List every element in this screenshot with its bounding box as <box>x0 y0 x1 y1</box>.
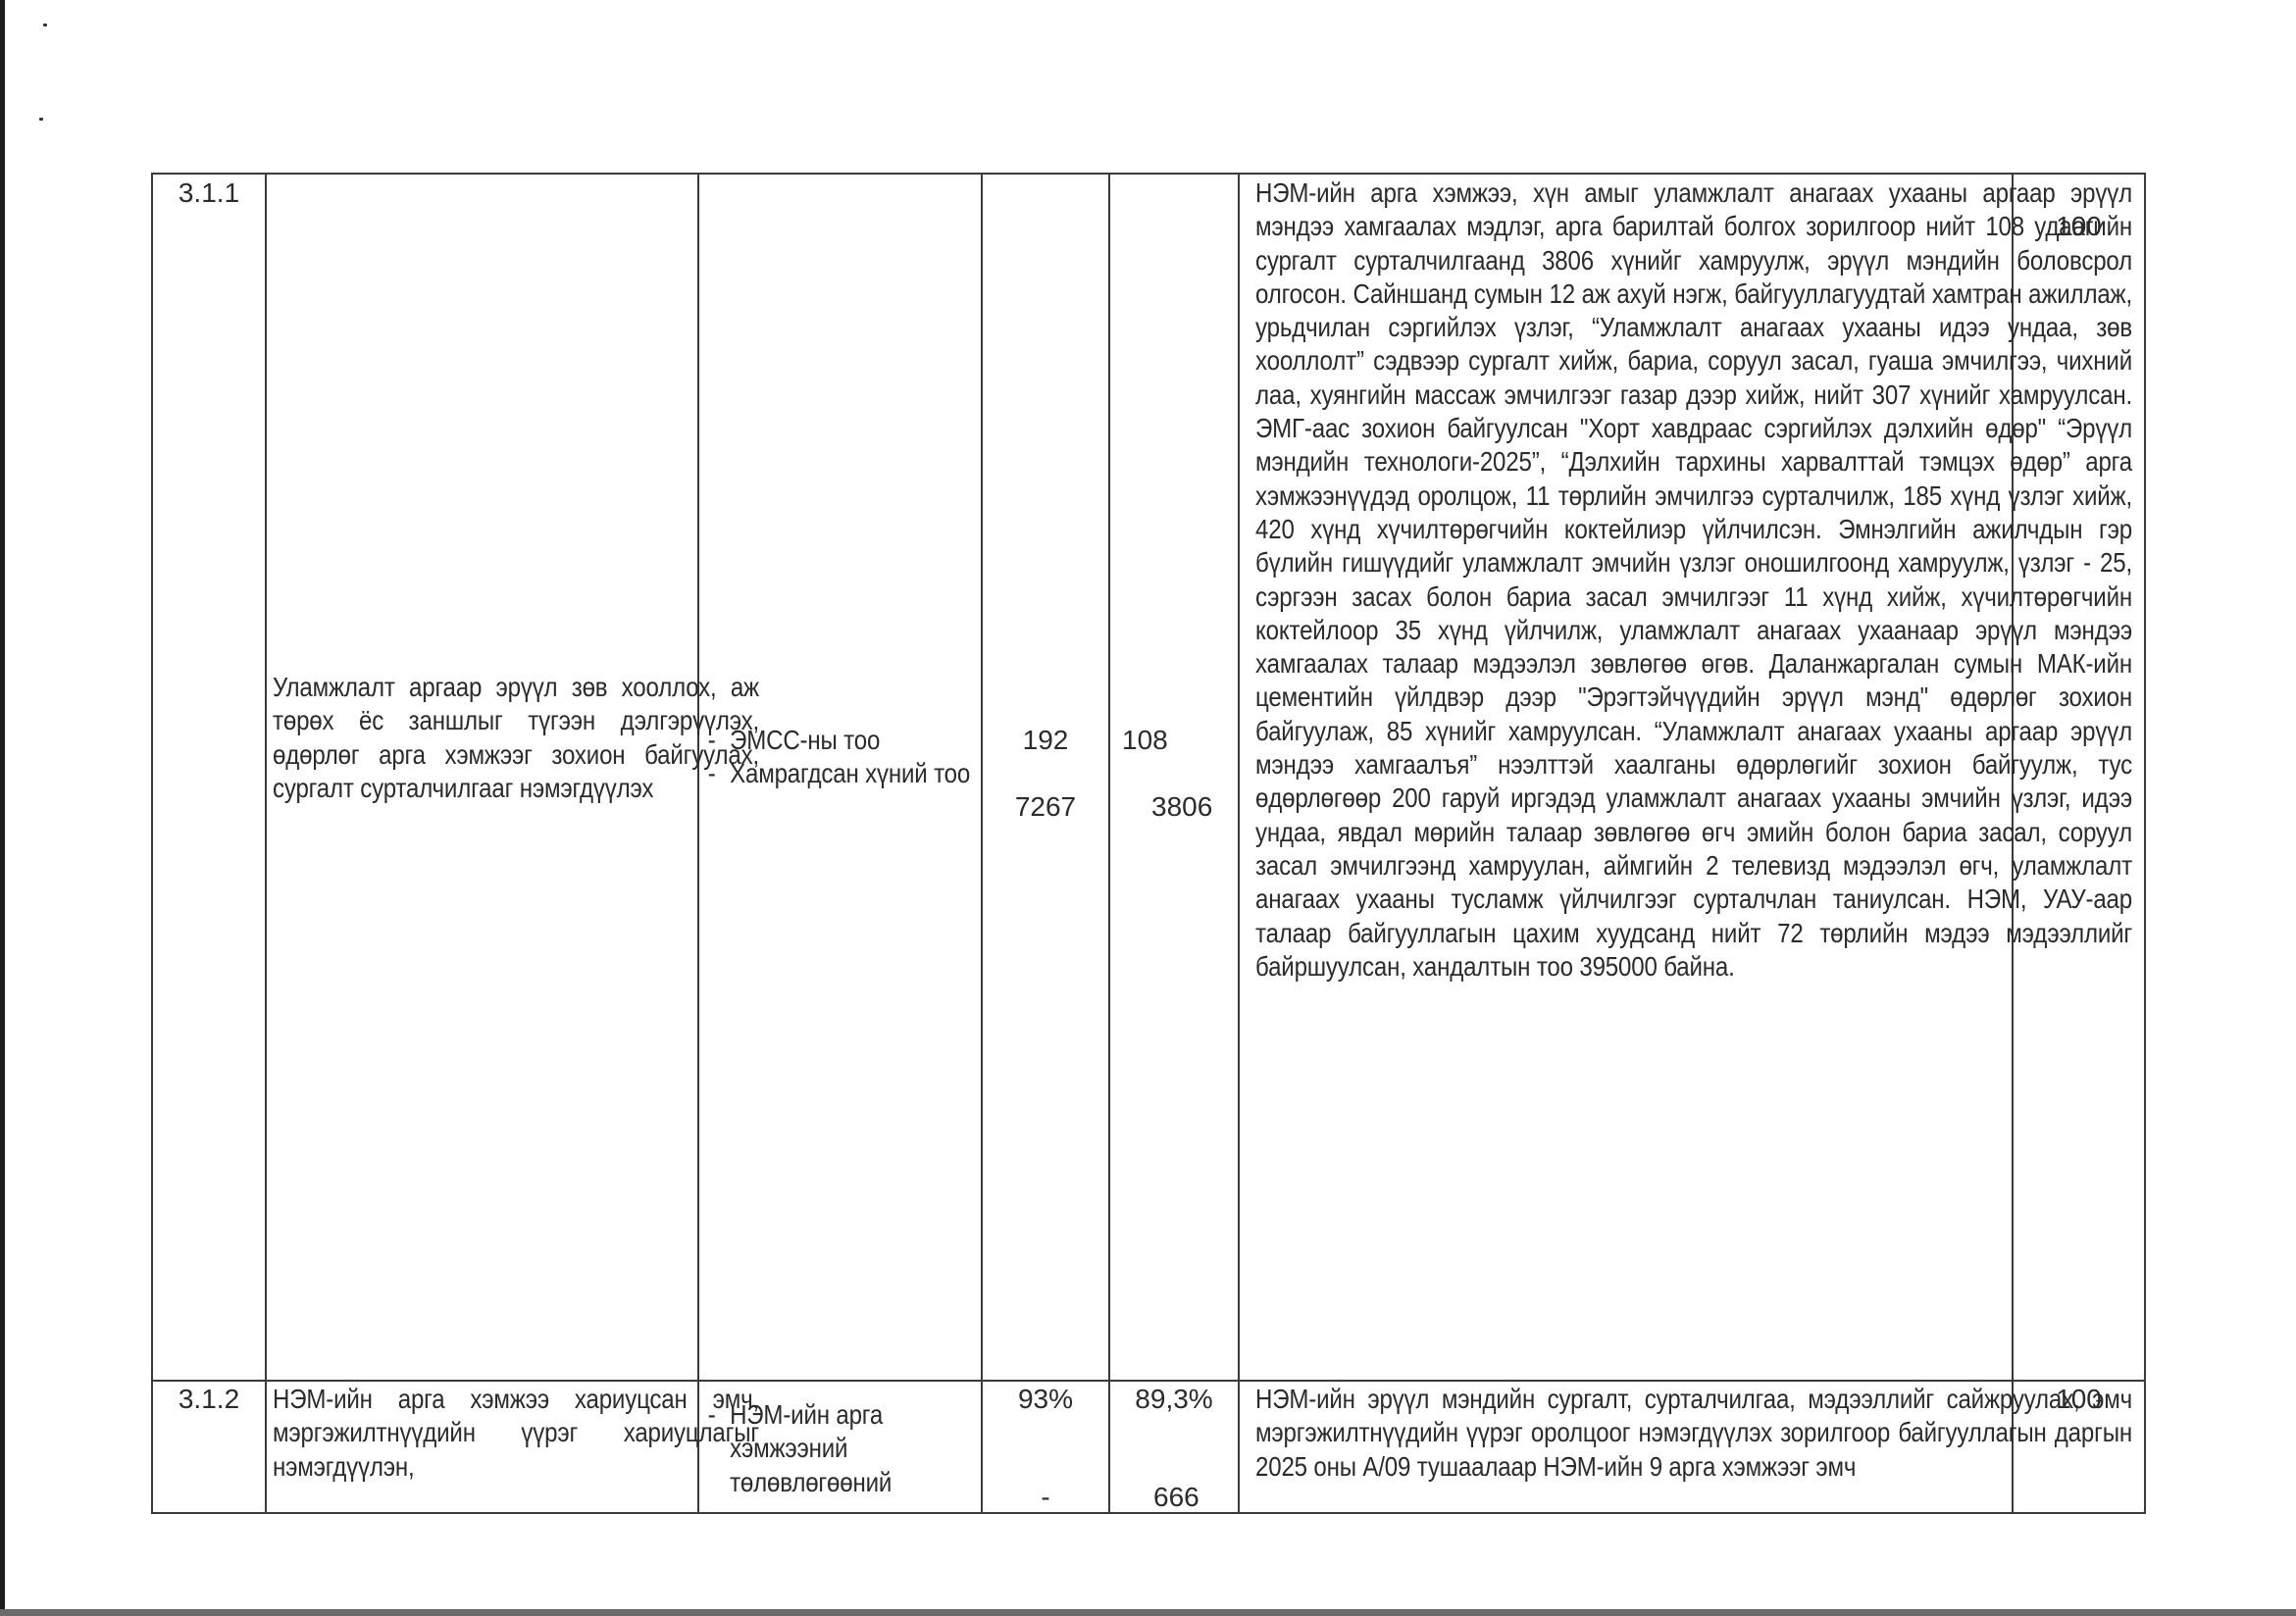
row-divider <box>151 1380 2146 1382</box>
column-divider <box>981 173 983 1514</box>
row-score: 100 <box>2014 210 2144 243</box>
baseline-value: - <box>983 1481 1108 1514</box>
table-border-left <box>151 173 153 1514</box>
indicator-list: ЭМСС-ны тоо Хамрагдсан хүний тоо <box>706 724 1020 791</box>
column-divider <box>1238 173 1240 1514</box>
column-divider <box>697 173 699 1514</box>
actual-value: 89,3% <box>1110 1383 1238 1416</box>
column-divider <box>265 173 267 1514</box>
report-table: 3.1.1 Уламжлалт аргаар эрүүл зөв хооллох… <box>151 173 2146 1514</box>
indicator-item: Хамрагдсан хүний тоо <box>706 757 1020 790</box>
row-report: НЭМ-ийн арга хэмжээ, хүн амыг уламжлалт … <box>1255 177 2132 984</box>
indicator-item: ЭМСС-ны тоо <box>706 724 1020 757</box>
scan-edge-left <box>0 0 5 1616</box>
actual-value: 666 <box>1153 1481 1238 1514</box>
column-divider <box>1108 173 1110 1514</box>
baseline-value: 93% <box>983 1383 1108 1416</box>
scan-edge-bottom <box>0 1609 2296 1616</box>
row-goal: НЭМ-ийн арга хэмжээ хариуцсан эмч, мэргэ… <box>273 1383 759 1484</box>
row-indicators-cell: НЭМ-ийн арга хэмжээний төлөвлөгөөний <box>706 1398 1020 1499</box>
row-goal: Уламжлалт аргаар эрүүл зөв хооллох, аж т… <box>273 671 759 805</box>
indicator-item: НЭМ-ийн арга хэмжээний төлөвлөгөөний <box>706 1398 898 1499</box>
indicator-list: НЭМ-ийн арга хэмжээний төлөвлөгөөний <box>706 1398 1020 1499</box>
row-report-cell: НЭМ-ийн арга хэмжээ, хүн амыг уламжлалт … <box>1255 177 2132 984</box>
table-border-top <box>151 173 2146 175</box>
row-goal-cell: Уламжлалт аргаар эрүүл зөв хооллох, аж т… <box>273 671 759 805</box>
scan-speck <box>43 24 47 26</box>
row-id: 3.1.2 <box>153 1383 265 1416</box>
row-id: 3.1.1 <box>153 177 265 210</box>
row-score: 100 <box>2014 1383 2144 1416</box>
baseline-value: 192 <box>983 724 1108 757</box>
baseline-value: 7267 <box>983 790 1108 824</box>
actual-value: 108 <box>1122 724 1230 757</box>
scan-speck <box>39 118 43 121</box>
row-goal-cell: НЭМ-ийн арга хэмжээ хариуцсан эмч, мэргэ… <box>273 1383 759 1512</box>
row-indicators-cell: ЭМСС-ны тоо Хамрагдсан хүний тоо <box>706 724 1020 791</box>
table-border-right <box>2144 173 2146 1514</box>
row-report: НЭМ-ийн эрүүл мэндийн сургалт, сурталчил… <box>1255 1383 2132 1484</box>
table-border-bottom <box>151 1512 2146 1514</box>
row-report-cell: НЭМ-ийн эрүүл мэндийн сургалт, сурталчил… <box>1255 1383 2132 1512</box>
actual-value: 3806 <box>1151 790 1236 824</box>
